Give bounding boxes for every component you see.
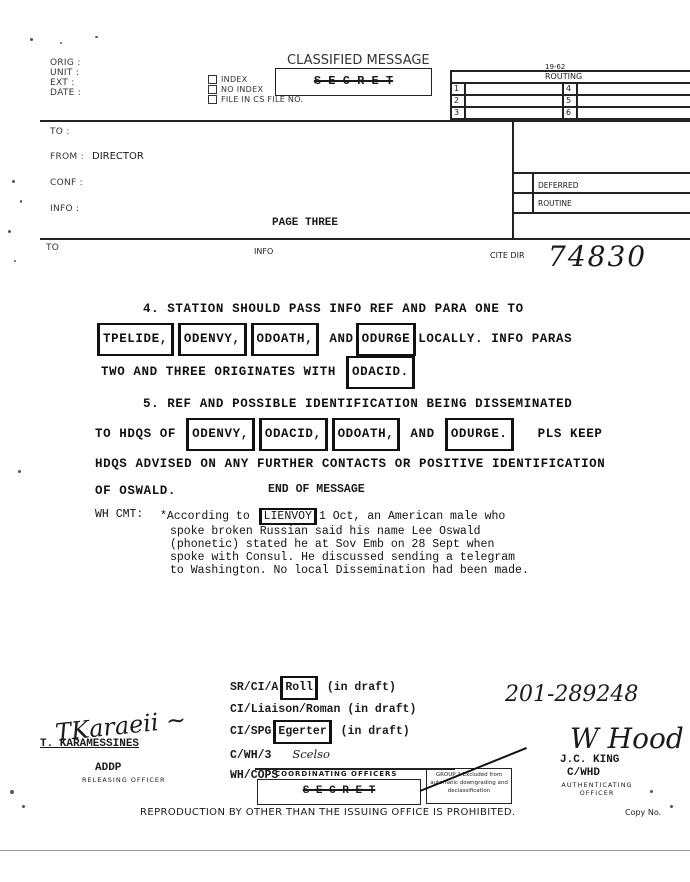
from-value: DIRECTOR bbox=[92, 151, 144, 162]
routing-row-5: 5 bbox=[566, 95, 571, 107]
redaction-bracket: ODENVY, bbox=[186, 418, 255, 451]
redaction-bracket: TPELIDE, bbox=[97, 323, 174, 356]
redaction-bracket: ODENVY, bbox=[178, 323, 247, 356]
para-4-line-1: 4. STATION SHOULD PASS INFO REF AND PARA… bbox=[95, 296, 655, 323]
file-option[interactable]: FILE IN CS FILE NO. bbox=[208, 95, 303, 105]
comment-label: WH CMT: bbox=[95, 508, 143, 521]
comment-text: *According to LIENVOY1 Oct, an American … bbox=[160, 508, 630, 577]
group-box: GROUP 1 Excluded from automatic downgrad… bbox=[426, 768, 512, 804]
classification-box: S E C R E T bbox=[275, 68, 432, 96]
orig-label: ORIG : bbox=[50, 58, 81, 68]
redaction-bracket: ODOATH, bbox=[251, 323, 320, 356]
from-label: FROM : bbox=[50, 152, 84, 162]
auth-name: J.C. KING bbox=[560, 754, 619, 766]
para-5-line-3: HDQS ADVISED ON ANY FURTHER CONTACTS OR … bbox=[95, 451, 655, 478]
page-number: PAGE THREE bbox=[272, 217, 338, 229]
routing-row-3: 3 bbox=[454, 107, 459, 119]
auth-title: C/WHD bbox=[567, 767, 600, 779]
redaction-bracket: LIENVOY bbox=[259, 508, 317, 525]
auth-signature: W Hood bbox=[570, 722, 684, 755]
para-5-line-4: OF OSWALD. bbox=[95, 478, 655, 505]
routing-row-2: 2 bbox=[454, 95, 459, 107]
cite-number: 74830 bbox=[548, 240, 647, 273]
coord-line: CI/Liaison/Roman (in draft) bbox=[230, 700, 416, 720]
releasing-name: T. KARAMESSINES bbox=[40, 738, 139, 750]
coord-line: C/WH/3 Scelso bbox=[230, 744, 416, 766]
routing-table: ROUTING 1 2 3 4 5 6 bbox=[450, 70, 690, 120]
releasing-title: ADDP bbox=[95, 762, 121, 774]
routing-row-1: 1 bbox=[454, 83, 459, 95]
redaction-bracket: ODACID. bbox=[346, 356, 415, 389]
para-4-line-2: TPELIDE,ODENVY,ODOATH, ANDODURGELOCALLY.… bbox=[95, 323, 655, 356]
to-label: TO : bbox=[50, 127, 70, 137]
checkbox-icon[interactable] bbox=[208, 75, 217, 84]
form-title: CLASSIFIED MESSAGE bbox=[287, 53, 430, 68]
redaction-bracket: ODURGE. bbox=[445, 418, 514, 451]
header-fields: ORIG : UNIT : EXT : DATE : bbox=[50, 58, 81, 98]
routing-row-6: 6 bbox=[566, 107, 571, 119]
precedence-routine: ROUTINE bbox=[538, 199, 572, 208]
redaction-bracket: ODOATH, bbox=[332, 418, 401, 451]
releasing-label: RELEASING OFFICER bbox=[82, 776, 165, 784]
para-5-line-2: TO HDQS OF ODENVY,ODACID,ODOATH, AND ODU… bbox=[95, 418, 655, 451]
redaction-bracket: ODURGE bbox=[356, 323, 417, 356]
para-4-line-3: TWO AND THREE ORIGINATES WITH ODACID. bbox=[95, 356, 655, 389]
conf-label: CONF : bbox=[50, 178, 83, 188]
to-label-2: TO bbox=[46, 243, 59, 253]
para-5-line-1: 5. REF AND POSSIBLE IDENTIFICATION BEING… bbox=[95, 391, 655, 418]
precedence-deferred: DEFERRED bbox=[538, 181, 579, 190]
coord-classification-box: S E C R E T bbox=[257, 779, 421, 805]
copy-number: Copy No. bbox=[625, 808, 661, 817]
classification-stamp: S E C R E T bbox=[276, 74, 431, 88]
info-label-2: INFO bbox=[254, 247, 273, 256]
end-of-message: END OF MESSAGE bbox=[268, 483, 365, 496]
file-number: 201-289248 bbox=[505, 682, 638, 707]
checkbox-icon[interactable] bbox=[208, 95, 217, 104]
date-label: DATE : bbox=[50, 88, 81, 98]
auth-label: AUTHENTICATING OFFICER bbox=[552, 781, 642, 797]
coord-line: SR/CI/ARoll (in draft) bbox=[230, 676, 416, 700]
routing-row-4: 4 bbox=[566, 83, 571, 95]
coordinating-label: COORDINATING OFFICERS bbox=[275, 770, 397, 778]
routing-label: ROUTING bbox=[545, 72, 582, 81]
redaction-bracket: ODACID, bbox=[259, 418, 328, 451]
ext-label: EXT : bbox=[50, 78, 81, 88]
unit-label: UNIT : bbox=[50, 68, 81, 78]
cite-label: CITE DIR bbox=[490, 251, 525, 260]
reproduction-warning: REPRODUCTION BY OTHER THAN THE ISSUING O… bbox=[140, 807, 516, 818]
message-body: 4. STATION SHOULD PASS INFO REF AND PARA… bbox=[95, 296, 655, 505]
coord-line: CI/SPGEgerter (in draft) bbox=[230, 720, 416, 744]
info-label: INFO : bbox=[50, 204, 79, 214]
checkbox-icon[interactable] bbox=[208, 85, 217, 94]
